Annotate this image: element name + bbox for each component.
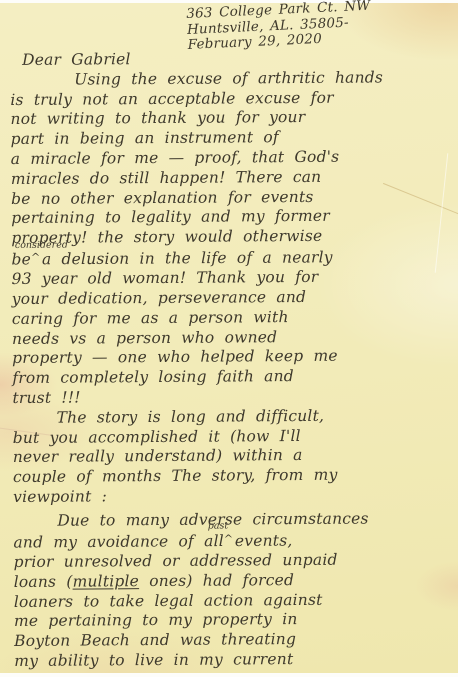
letter-line-with-insertion: and my avoidance of allpast^events, (13, 528, 458, 552)
letter-page: 363 College Park Ct. NW Huntsville, AL. … (0, 0, 458, 677)
letter-body: Dear Gabriel Using the excuse of arthrit… (10, 48, 458, 672)
caret-icon: ^ (224, 529, 234, 549)
letter-line-with-insertion: beconsidered^a delusion in the life of a… (11, 246, 458, 270)
insertion-mark: past^ (224, 530, 235, 546)
return-address-block: 363 College Park Ct. NW Huntsville, AL. … (186, 0, 372, 53)
line-text: a delusion in the life of a nearly (42, 248, 333, 268)
letter-line: viewpoint : (13, 485, 458, 508)
insertion-mark: considered^ (31, 249, 42, 265)
caret-icon: ^ (31, 248, 41, 268)
line-text: loans ( (14, 572, 73, 590)
underlined-word: multiple (72, 572, 139, 590)
line-text: and my avoidance of all (13, 532, 224, 551)
line-text: events, (235, 531, 293, 549)
letter-paper: 363 College Park Ct. NW Huntsville, AL. … (0, 3, 458, 673)
inserted-word: considered (15, 235, 68, 255)
letter-line: my ability to live in my current (14, 649, 458, 672)
line-text: ones) had forced (139, 571, 294, 590)
